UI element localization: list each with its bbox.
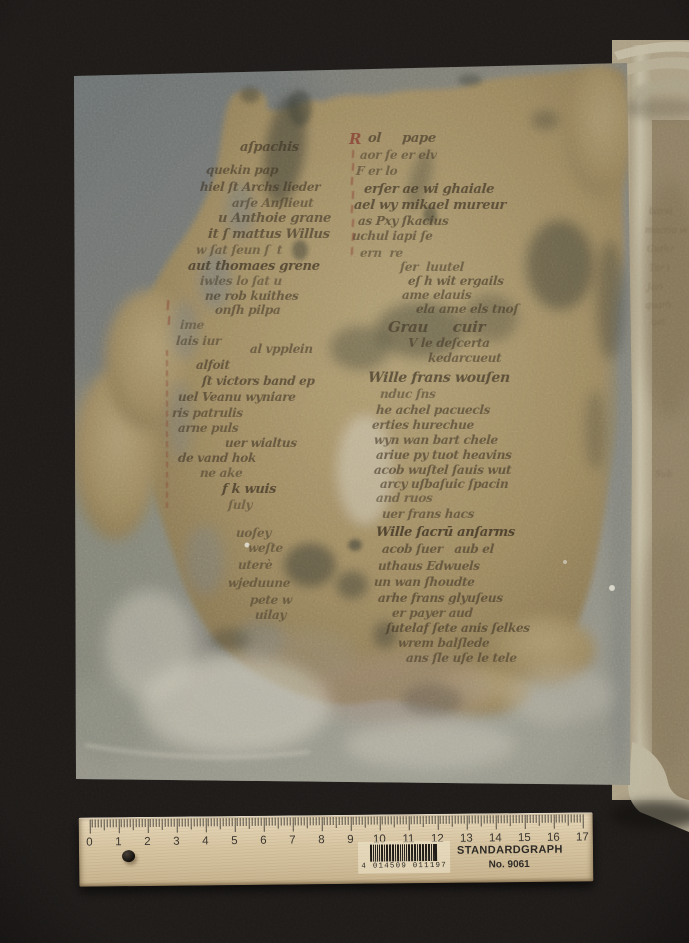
ruler-cm-number: 9: [347, 834, 354, 846]
ruler-cm-number: 14: [489, 832, 502, 844]
ruler-model: No. 9061: [457, 859, 561, 871]
ruler-cm-number: 15: [518, 832, 531, 844]
barcode-bars: [370, 844, 438, 862]
photo-paint-layer: [0, 0, 689, 943]
ruler-cm-number: 6: [260, 835, 267, 847]
ruler-cm-number: 0: [86, 837, 93, 849]
ruler-cm-number: 8: [318, 834, 325, 846]
ruler-cm-number: 3: [173, 836, 180, 848]
ruler-brand: STANDARDGRAPH: [457, 844, 561, 857]
ruler-cm-number: 7: [289, 834, 296, 846]
ruler-cm-number: 16: [547, 832, 560, 844]
vignette: [0, 0, 689, 943]
photograph-manuscript-fragment: R aſpachisquekin paphiel ſt Archs lieder…: [0, 0, 689, 943]
barcode-digits: 4 014509 011197: [361, 862, 447, 871]
ruler-brand-block: STANDARDGRAPH No. 9061: [457, 844, 561, 871]
ruler-cm-number: 17: [576, 831, 589, 843]
ruler-barcode: 4 014509 011197: [358, 841, 450, 874]
ruler-cm-number: 1: [115, 836, 122, 848]
ruler-cm-number: 13: [460, 833, 473, 845]
ruler-hole: [122, 850, 135, 862]
ruler: 01234567891011121314151617 4 014509 0111…: [79, 812, 594, 886]
ruler-cm-number: 5: [231, 835, 238, 847]
ruler-cm-number: 2: [144, 836, 151, 848]
ruler-cm-number: 4: [202, 835, 209, 847]
